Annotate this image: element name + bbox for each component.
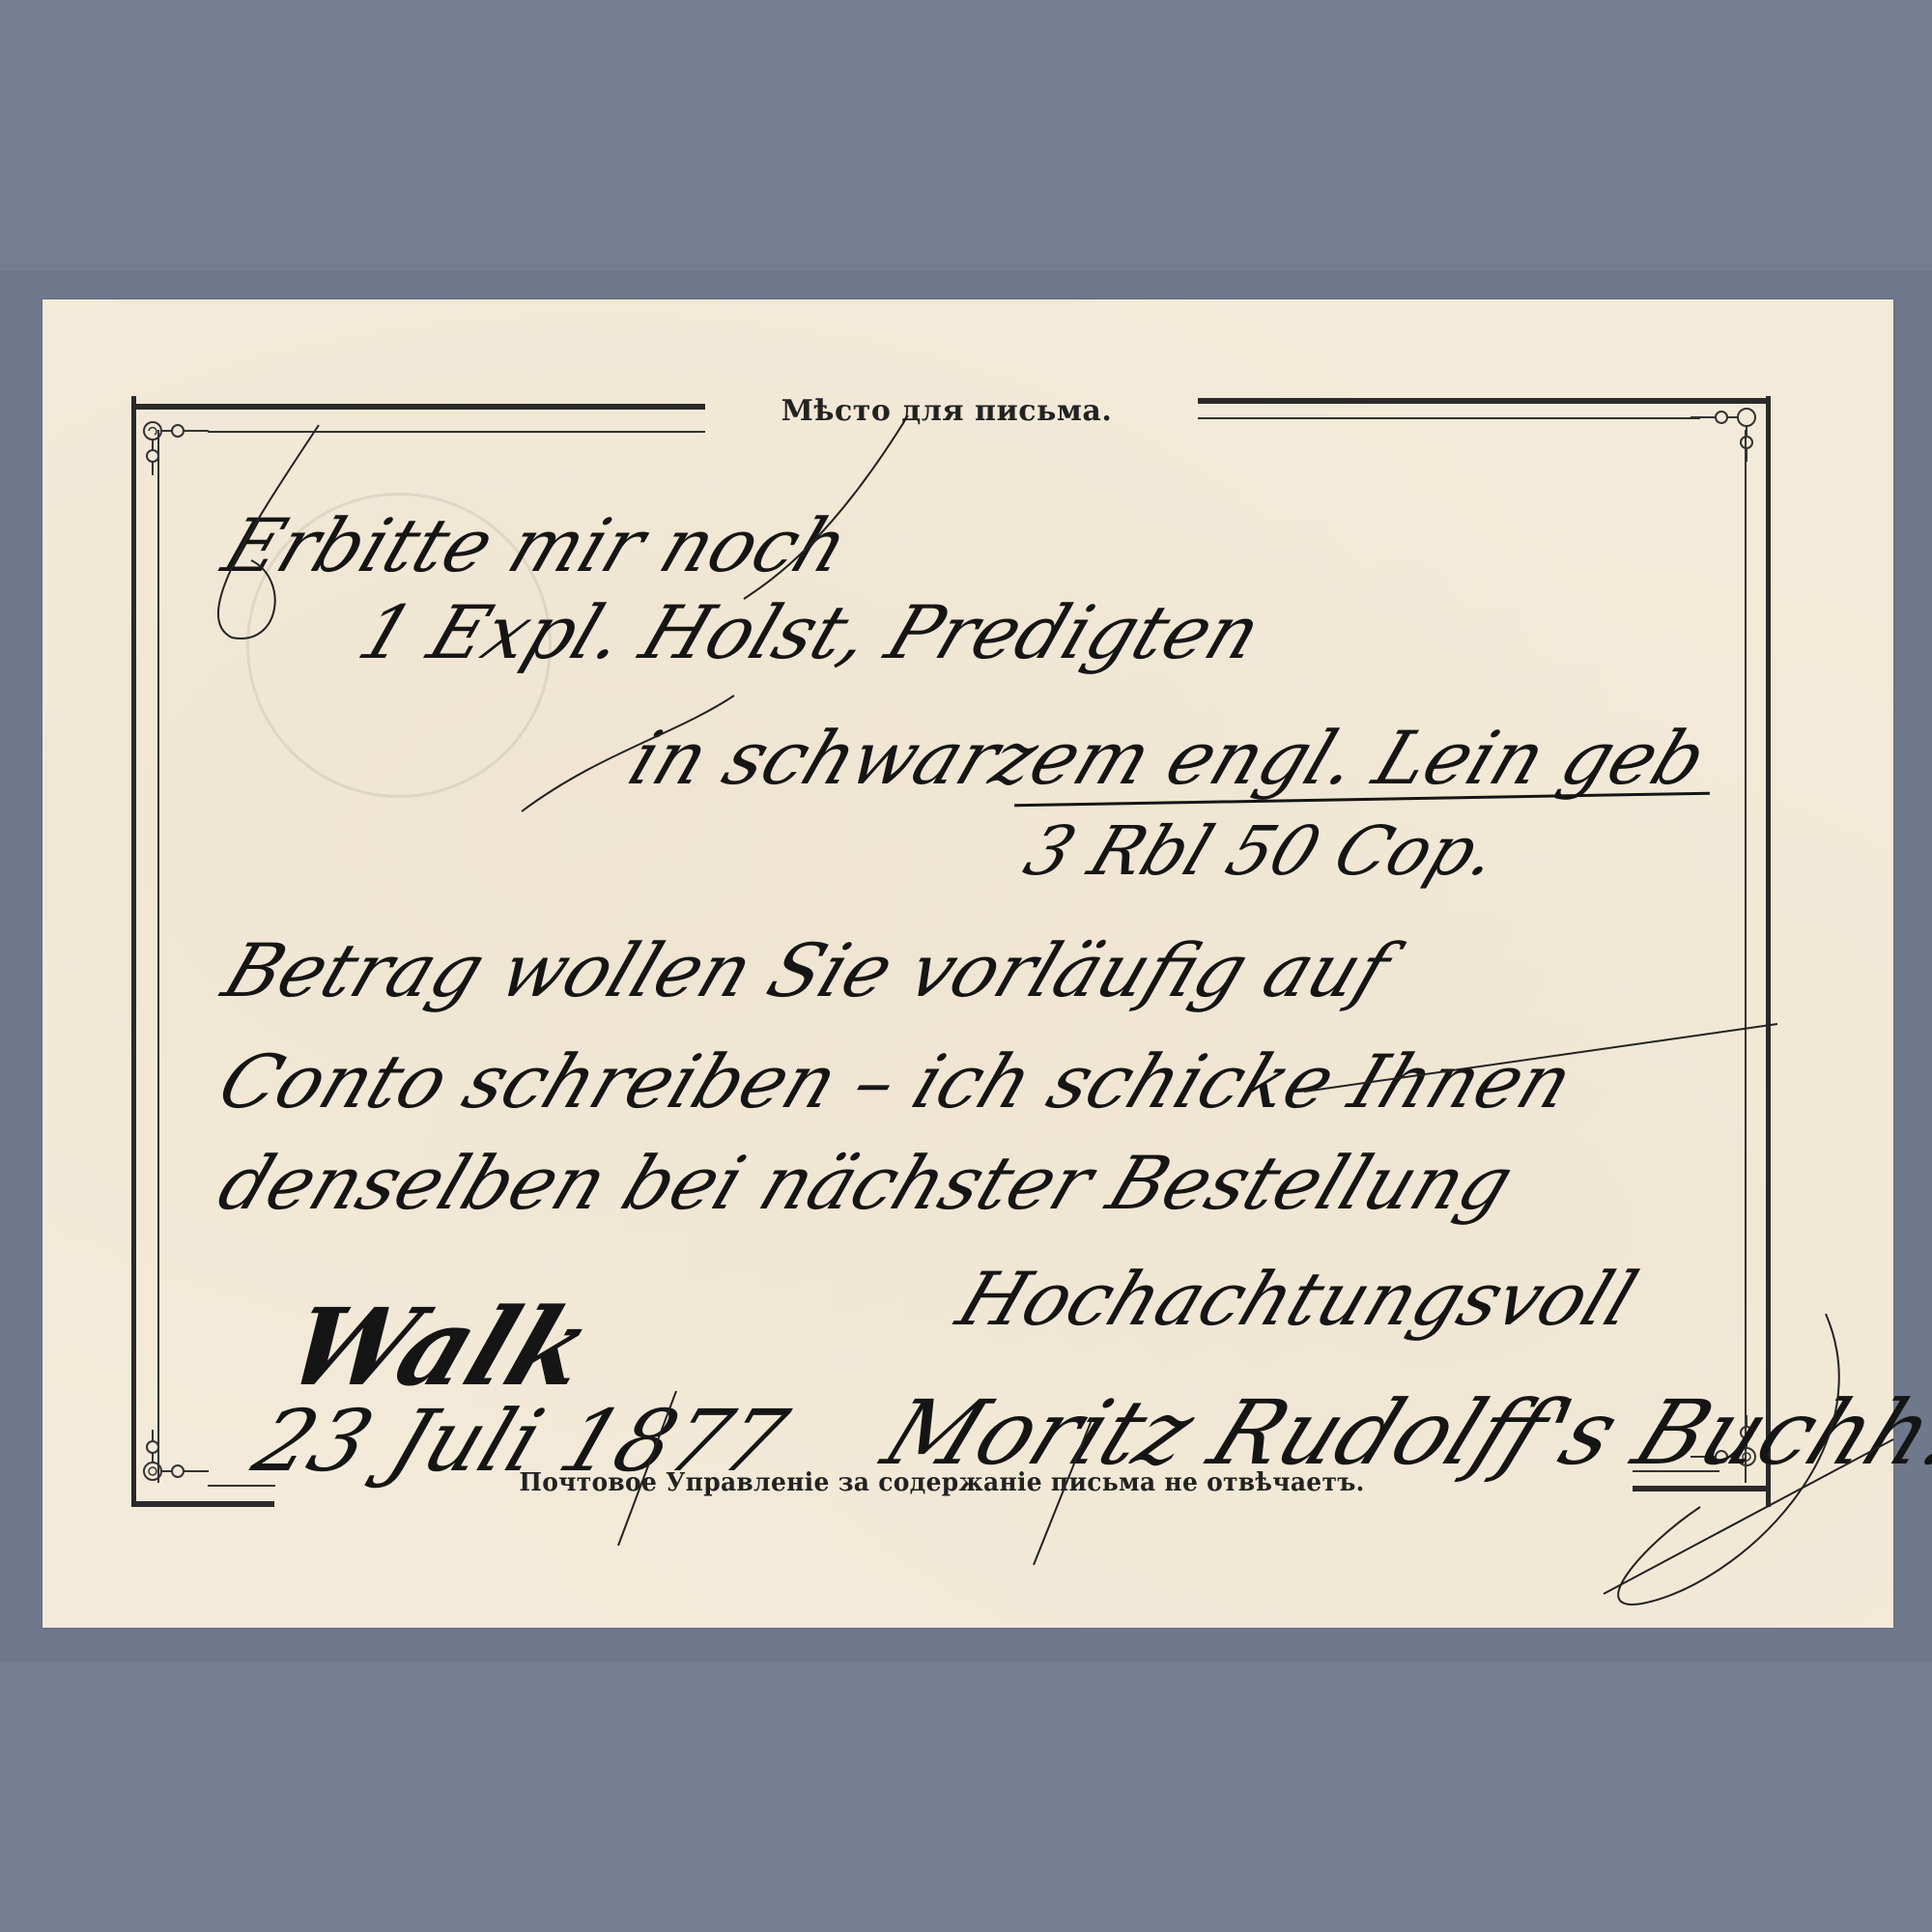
top-thin-rule-left: [208, 431, 705, 433]
handwritten-line: Conto schreiben – ich schicke Ihnen: [208, 1038, 1584, 1124]
handwritten-line: denselben bei nächster Bestellung: [208, 1140, 1524, 1226]
top-rule-left: [131, 404, 705, 410]
ornament-icon: [141, 1430, 209, 1497]
top-thin-rule-right: [1198, 417, 1700, 419]
top-rule-right: [1198, 398, 1771, 404]
handwritten-closing: Hochachtungsvoll: [947, 1256, 1648, 1342]
ornament-icon: [141, 417, 209, 475]
handwritten-signature: Moritz Rudolff's Buchh.: [869, 1381, 1932, 1485]
handwritten-line: Erbitte mir noch: [213, 502, 860, 588]
handwritten-line: 1 Expl. Holst, Predigten: [348, 589, 1272, 675]
ornament-icon: [1690, 404, 1758, 462]
printed-header: Мѣсто для письма.: [715, 394, 1179, 428]
handwritten-line: 3 Rbl 50 Cop.: [1014, 811, 1510, 891]
bottom-rule-left: [131, 1501, 274, 1507]
bottom-rule-right: [1633, 1486, 1771, 1492]
handwritten-date: 23 Juli 1877: [241, 1391, 800, 1491]
handwritten-line: in schwarzem engl. Lein geb: [618, 715, 1719, 801]
handwritten-line: Betrag wollen Sie vorläufig auf: [213, 927, 1402, 1013]
